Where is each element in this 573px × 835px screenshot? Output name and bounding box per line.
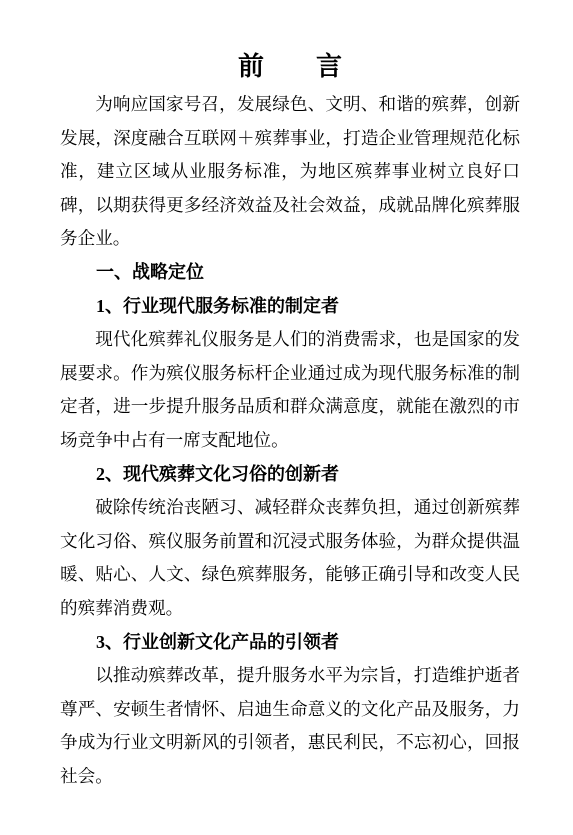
section-heading: 3、行业创新文化产品的引领者: [60, 626, 520, 660]
paragraph: 为响应国家号召，发展绿色、文明、和谐的殡葬，创新发展，深度融合互联网＋殡葬事业，…: [60, 88, 520, 256]
paragraph: 以推动殡葬改革，提升服务水平为宗旨，打造维护逝者尊严、安顿生者情怀、启迪生命意义…: [60, 659, 520, 793]
section-heading: 1、行业现代服务标准的制定者: [60, 290, 520, 324]
paragraph: 现代化殡葬礼仪服务是人们的消费需求，也是国家的发展要求。作为殡仪服务标杆企业通过…: [60, 323, 520, 457]
document-body: 为响应国家号召，发展绿色、文明、和谐的殡葬，创新发展，深度融合互联网＋殡葬事业，…: [60, 88, 520, 793]
page-title: 前 言: [60, 45, 520, 88]
document-page: 前 言 为响应国家号召，发展绿色、文明、和谐的殡葬，创新发展，深度融合互联网＋殡…: [0, 0, 573, 835]
section-heading: 一、战略定位: [60, 256, 520, 290]
paragraph: 破除传统治丧陋习、减轻群众丧葬负担，通过创新殡葬文化习俗、殡仪服务前置和沉浸式服…: [60, 491, 520, 625]
section-heading: 2、现代殡葬文化习俗的创新者: [60, 458, 520, 492]
